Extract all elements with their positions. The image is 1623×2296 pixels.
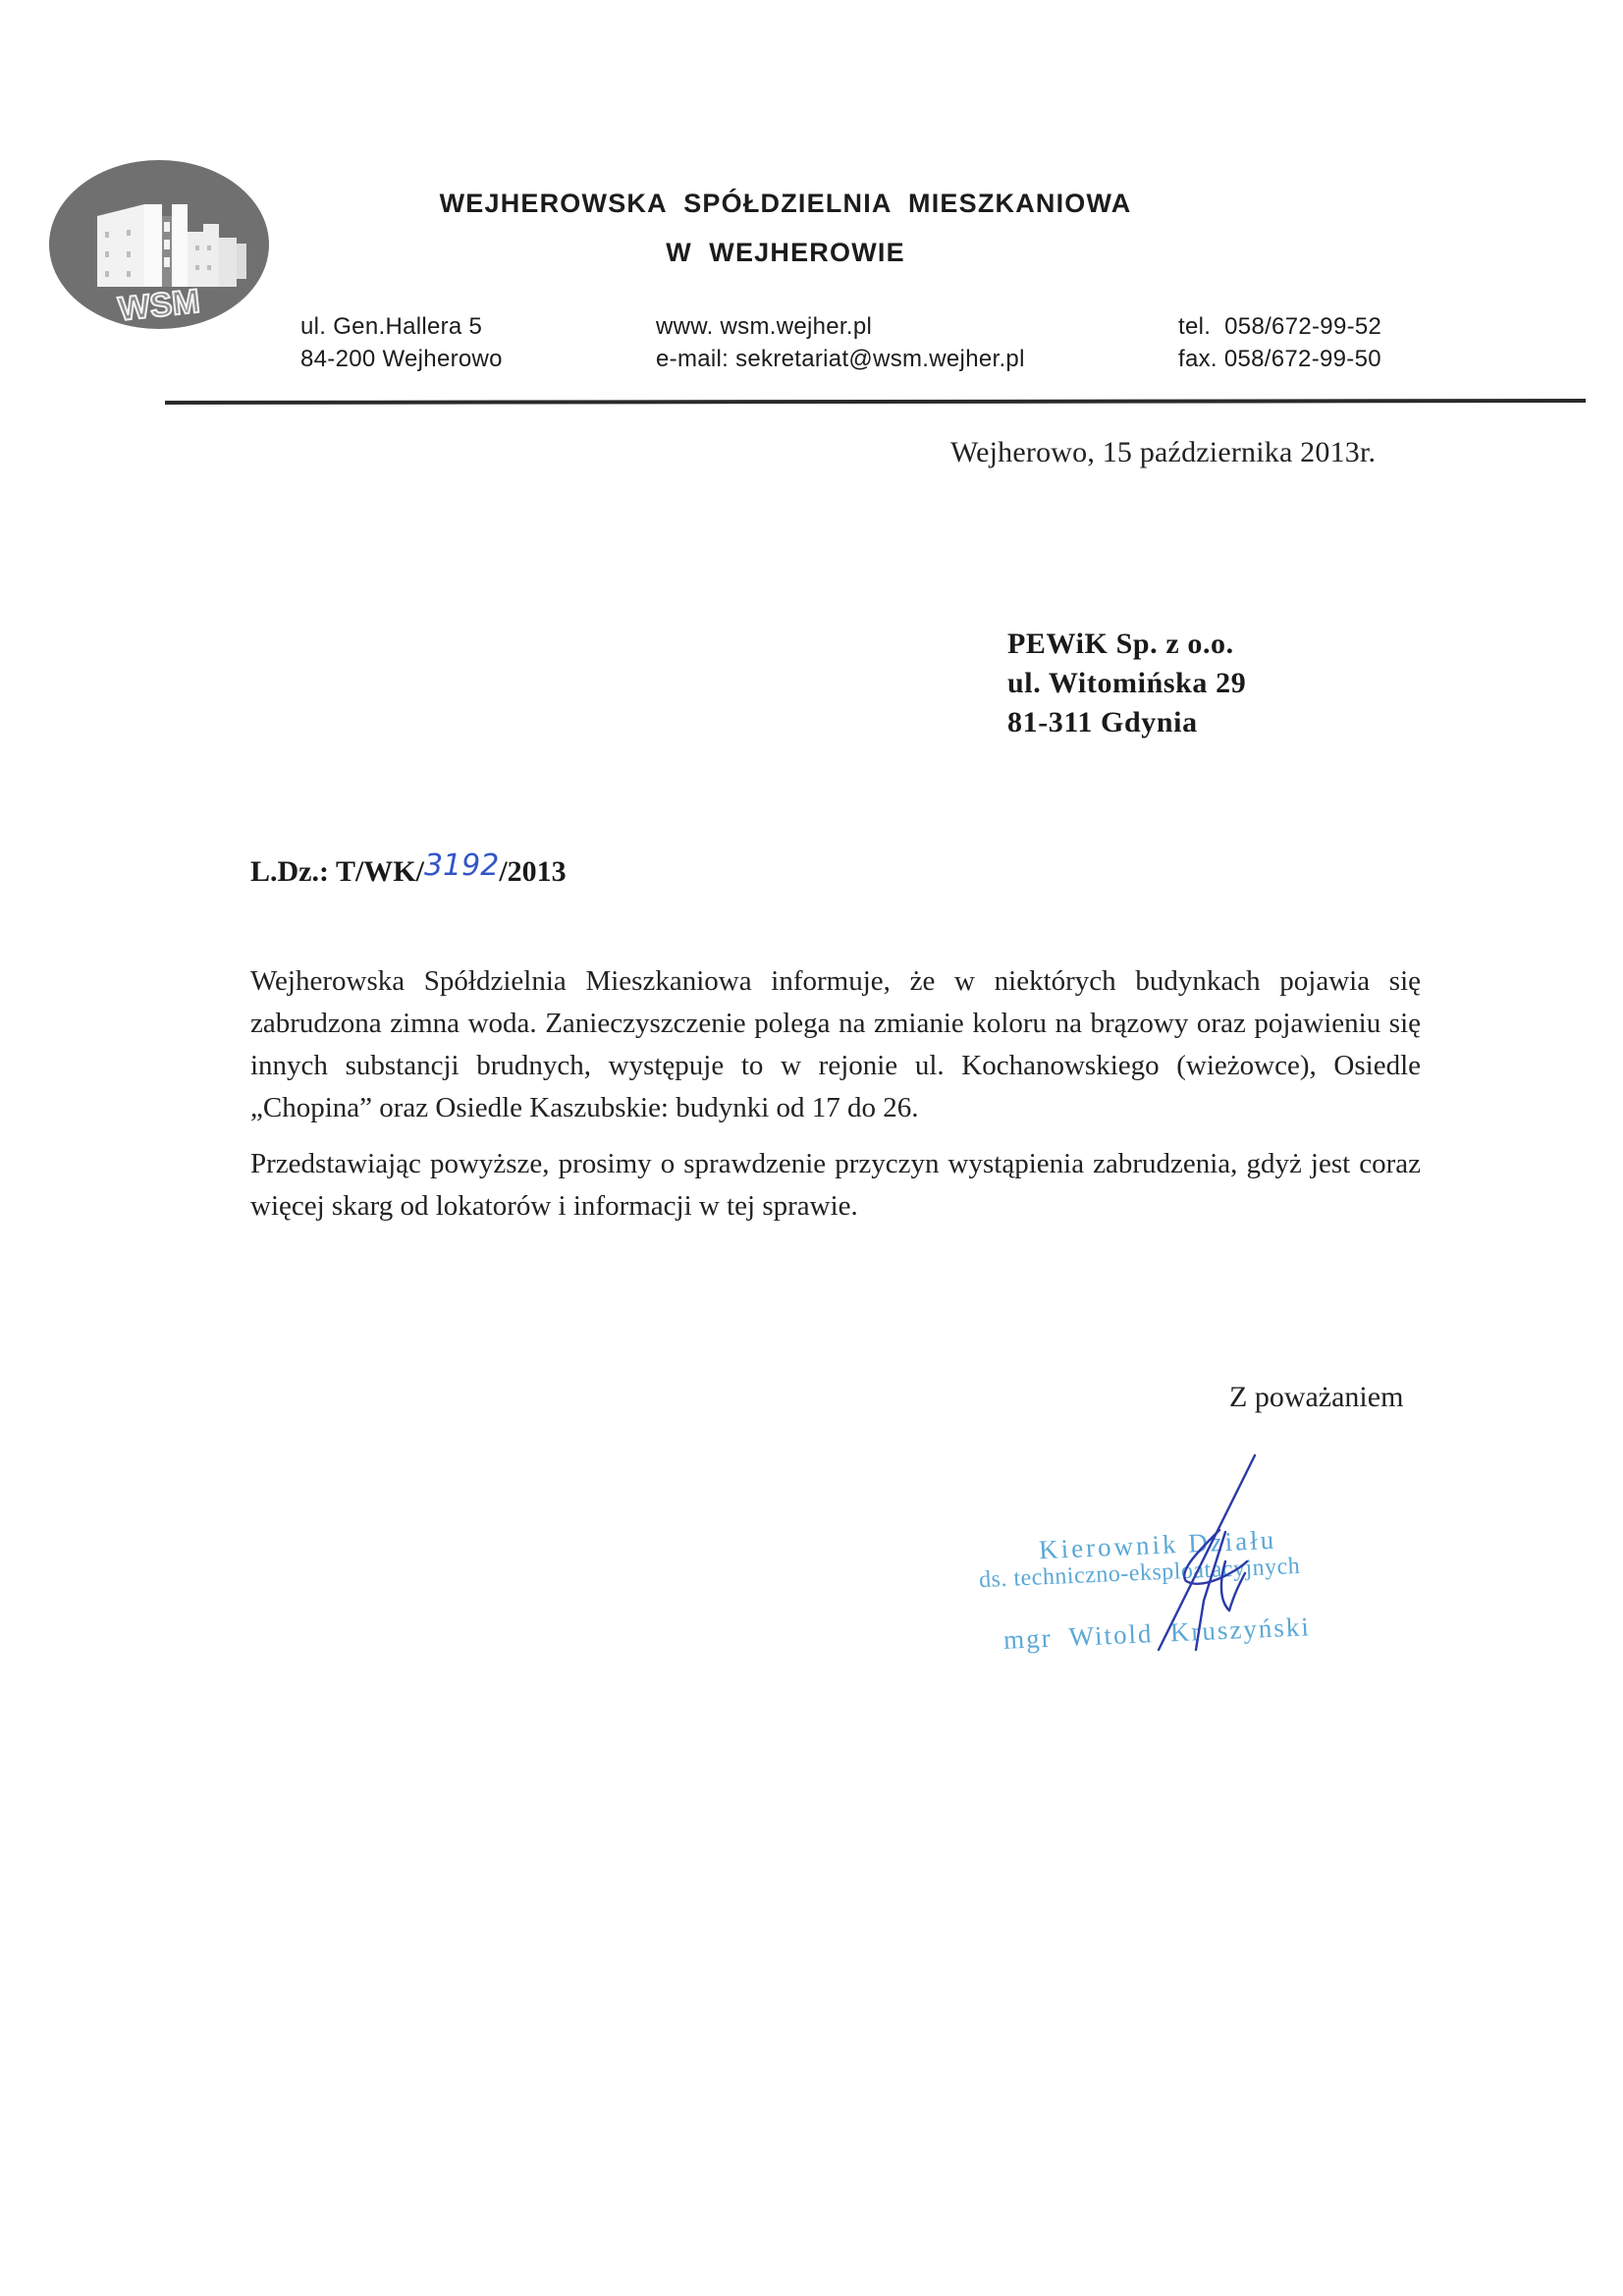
fax-number: fax. 058/672-99-50 xyxy=(1178,343,1381,375)
body-paragraph-text: Wejherowska Spółdzielnia Mieszkaniowa in… xyxy=(250,965,1421,1123)
contact-phone: tel. 058/672-99-52 fax. 058/672-99-50 xyxy=(1178,310,1381,375)
telephone-number: tel. 058/672-99-52 xyxy=(1178,310,1381,343)
reference-handwritten-number: 3192 xyxy=(424,848,499,883)
signature xyxy=(1109,1444,1286,1660)
letter-body: Wejherowska Spółdzielnia Mieszkaniowa in… xyxy=(250,960,1421,1228)
body-paragraph: Wejherowska Spółdzielnia Mieszkaniowa in… xyxy=(250,960,1421,1129)
wsm-logo: WSM xyxy=(46,157,272,332)
contact-address: ul. Gen.Hallera 5 84-200 Wejherowo xyxy=(300,310,503,375)
organization-city: W WEJHEROWIE xyxy=(295,238,1276,268)
website-link[interactable]: www. wsm.wejher.pl xyxy=(656,310,1025,343)
header-divider xyxy=(165,399,1586,405)
address-city: 84-200 Wejherowo xyxy=(300,343,503,375)
recipient-name: PEWiK Sp. z o.o. xyxy=(1007,625,1246,664)
reference-suffix: /2013 xyxy=(499,855,566,888)
recipient-street: ul. Witomińska 29 xyxy=(1007,664,1246,703)
recipient-city: 81-311 Gdynia xyxy=(1007,703,1246,742)
wsm-buildings-logo-icon: WSM xyxy=(46,157,272,332)
body-paragraph: Przedstawiając powyższe, prosimy o spraw… xyxy=(250,1143,1421,1228)
closing-salutation: Z poważaniem xyxy=(1229,1381,1403,1414)
organization-name: WEJHEROWSKA SPÓŁDZIELNIA MIESZKANIOWA xyxy=(295,189,1276,219)
reference-number: L.Dz.: T/WK/3192/2013 xyxy=(250,854,567,889)
contact-web: www. wsm.wejher.pl e-mail: sekretariat@w… xyxy=(656,310,1025,375)
recipient-address: PEWiK Sp. z o.o. ul. Witomińska 29 81-31… xyxy=(1007,625,1246,742)
handwritten-signature-icon xyxy=(1109,1444,1286,1660)
body-paragraph-text: Przedstawiając powyższe, prosimy o spraw… xyxy=(250,1148,1421,1222)
email-link[interactable]: e-mail: sekretariat@wsm.wejher.pl xyxy=(656,343,1025,375)
reference-prefix: L.Dz.: T/WK/ xyxy=(250,855,424,888)
letter-date: Wejherowo, 15 października 2013r. xyxy=(950,436,1376,469)
address-street: ul. Gen.Hallera 5 xyxy=(300,310,503,343)
